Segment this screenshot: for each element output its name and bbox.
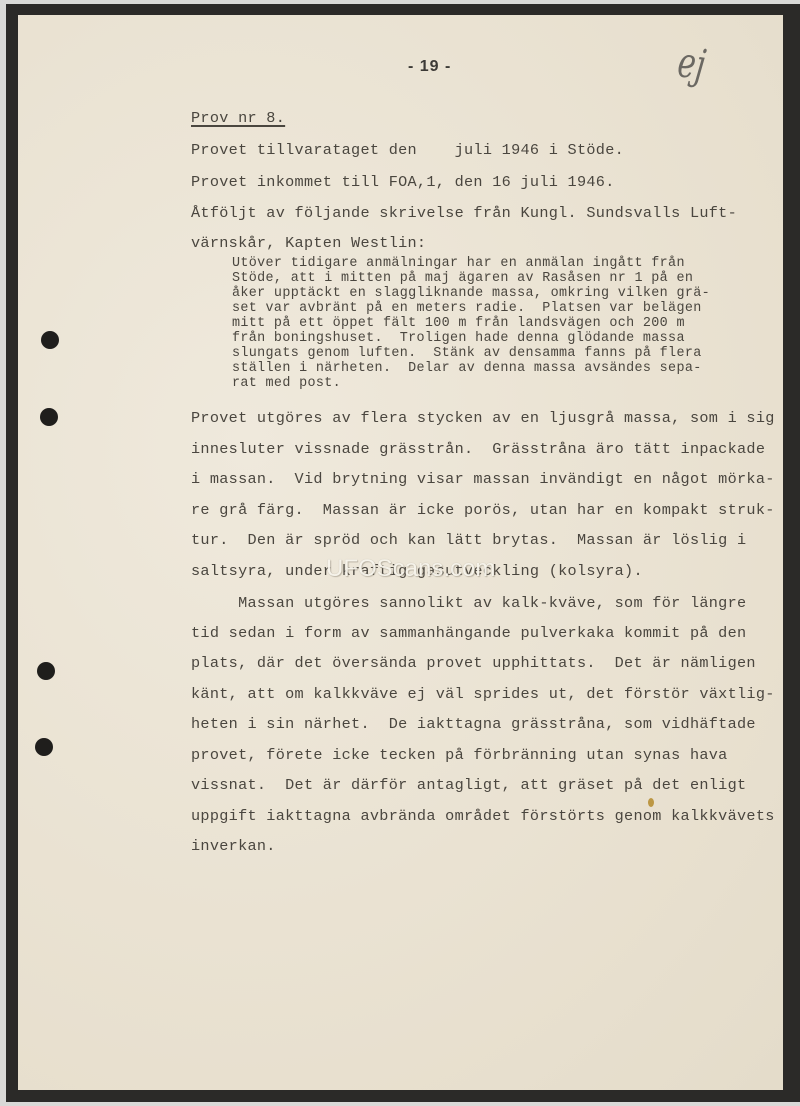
- quoted-letter-line: Stöde, att i mitten på maj ägaren av Ras…: [232, 271, 693, 286]
- quoted-letter-line: från boningshuset. Troligen hade denna g…: [232, 331, 685, 346]
- body-line: provet, förete icke tecken på förbrännin…: [191, 746, 728, 764]
- quoted-letter-line: Utöver tidigare anmälningar har en anmäl…: [232, 256, 685, 271]
- punch-hole: [35, 738, 53, 756]
- section-heading: Prov nr 8.: [191, 109, 285, 127]
- body-line: Massan utgöres sannolikt av kalk-kväve, …: [191, 594, 746, 612]
- punch-hole: [41, 331, 59, 349]
- body-line: tur. Den är spröd och kan lätt brytas. M…: [191, 531, 746, 549]
- punch-hole: [40, 408, 58, 426]
- body-line: tid sedan i form av sammanhängande pulve…: [191, 624, 746, 642]
- body-line: uppgift iakttagna avbrända området först…: [191, 807, 775, 825]
- intro-line: Provet tillvarataget den juli 1946 i Stö…: [191, 141, 624, 159]
- body-line: Provet utgöres av flera stycken av en lj…: [191, 409, 775, 427]
- quoted-letter-line: ställen i närheten. Delar av denna massa…: [232, 361, 702, 376]
- body-line: plats, där det översända provet upphitta…: [191, 654, 756, 672]
- quoted-letter-line: åker upptäckt en slaggliknande massa, om…: [232, 286, 710, 301]
- quoted-letter-line: rat med post.: [232, 376, 341, 391]
- quoted-letter-line: mitt på ett öppet fält 100 m från landsv…: [232, 316, 685, 331]
- page-number: - 19 -: [408, 58, 451, 76]
- document-page: - 19 - ej Prov nr 8. Provet tillvaratage…: [18, 15, 783, 1090]
- body-line: inverkan.: [191, 837, 276, 855]
- intro-line: Provet inkommet till FOA,1, den 16 juli …: [191, 173, 615, 191]
- body-line: innesluter vissnade grässtrån. Grässtrån…: [191, 440, 765, 458]
- body-line: känt, att om kalkkväve ej väl sprides ut…: [191, 685, 775, 703]
- intro-line: värnskår, Kapten Westlin:: [191, 234, 426, 252]
- handwritten-mark: ej: [675, 38, 709, 90]
- body-line: i massan. Vid brytning visar massan invä…: [191, 470, 775, 488]
- body-line: heten i sin närhet. De iakttagna grässtr…: [191, 715, 756, 733]
- body-line: re grå färg. Massan är icke porös, utan …: [191, 501, 775, 519]
- quoted-letter-line: slungats genom luften. Stänk av densamma…: [232, 346, 702, 361]
- intro-line: Åtföljt av följande skrivelse från Kungl…: [191, 204, 737, 222]
- ink-stain: [648, 798, 654, 807]
- punch-hole: [37, 662, 55, 680]
- watermark: UFOScans.com: [326, 555, 495, 583]
- quoted-letter-line: set var avbränt på en meters radie. Plat…: [232, 301, 702, 316]
- body-line: vissnat. Det är därför antagligt, att gr…: [191, 776, 746, 794]
